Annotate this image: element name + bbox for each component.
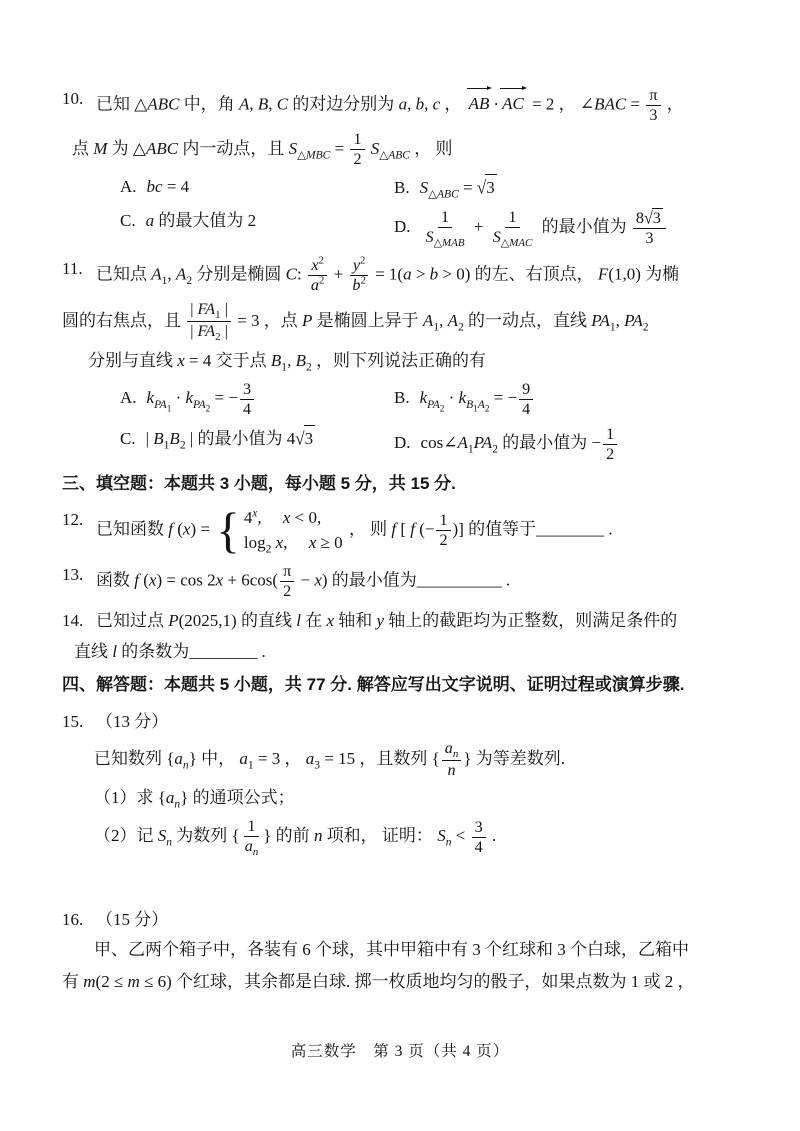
q16-number: 16. <box>62 907 96 933</box>
q10-option-a: A.bc = 4 <box>120 174 394 200</box>
q11-options-row2: C.| B1B2 | 的最小值为 4√3 D.cos∠A1PA2 的最小值为 −… <box>120 425 762 464</box>
q13-stem-text: 函数 f (x) = cos 2x + 6cos(π2 − x) 的最小值为__… <box>96 562 510 601</box>
q14-stem-text1: 已知过点 P(2025,1) 的直线 l 在 x 轴和 y 轴上的截距均为正整数… <box>96 608 677 634</box>
q13-stem: 13. 函数 f (x) = cos 2x + 6cos(π2 − x) 的最小… <box>62 562 762 601</box>
q10-stem-line2: 点 M 为 △ABC 内一动点，且 S△MBC = 12 S△ABC ， 则 <box>72 130 762 169</box>
q11-stem-line2: 圆的右焦点，且 | FA1 || FA2 | = 3 ，点 P 是椭圆上异于 A… <box>62 300 762 343</box>
option-text: 1S△MAB + 1S△MAC 的最小值为 8√33 <box>421 217 668 236</box>
option-text: S△ABC = √3 <box>420 178 497 197</box>
q15-intro-text: 已知数列 {an} 中， a1 = 3 ， a3 = 15 ，且数列 {ann}… <box>94 749 565 768</box>
q11-option-d: D.cos∠A1PA2 的最小值为 −12 <box>394 425 619 464</box>
q10-option-c: C.a 的最大值为 2 <box>120 208 394 234</box>
option-text: kPA1 · kPA2 = −34 <box>147 388 257 407</box>
q11-stem-line3: 分别与直线 x = 4 交于点 B1, B2 ，则下列说法正确的有 <box>88 348 762 374</box>
q16-line1: 甲、乙两个箱子中，各装有 6 个球，其中甲箱中有 3 个红球和 3 个白球，乙箱… <box>94 937 762 963</box>
q11-option-b: B.kPA2 · kB1A2 = −94 <box>394 380 535 419</box>
q15-part1: （1）求 {an} 的通项公式； <box>94 785 762 811</box>
q10-stem-text1: 已知 △ABC 中，角 A, B, C 的对边分别为 a, b, c ， AB·… <box>96 86 684 125</box>
q15-intro: 已知数列 {an} 中， a1 = 3 ， a3 = 15 ，且数列 {ann}… <box>94 739 762 780</box>
q11-option-c: C.| B1B2 | 的最小值为 4√3 <box>120 425 394 452</box>
option-text: bc = 4 <box>147 177 190 196</box>
q12-number: 12. <box>62 507 96 533</box>
q11-stem-text3: 分别与直线 x = 4 交于点 B1, B2 ，则下列说法正确的有 <box>88 351 486 370</box>
q14-stem-line1: 14. 已知过点 P(2025,1) 的直线 l 在 x 轴和 y 轴上的截距均… <box>62 608 762 634</box>
q10-number: 10. <box>62 86 96 112</box>
q13-number: 13. <box>62 562 96 588</box>
q10-option-d: D.1S△MAB + 1S△MAC 的最小值为 8√33 <box>394 208 668 249</box>
q10-option-b: B.S△ABC = √3 <box>394 174 497 201</box>
question-16: 16. （15 分） 甲、乙两个箱子中，各装有 6 个球，其中甲箱中有 3 个红… <box>62 907 762 995</box>
section-3-heading: 三、填空题：本题共 3 小题，每小题 5 分，共 15 分. <box>62 471 762 497</box>
option-label: C. <box>120 211 136 230</box>
q11-stem-text1: 已知点 A1, A2 分别是椭圆 C: x2a2 + y2b2 = 1(a > … <box>96 256 679 295</box>
q10-stem-line1: 10. 已知 △ABC 中，角 A, B, C 的对边分别为 a, b, c ，… <box>62 86 762 125</box>
q10-options-row2: C.a 的最大值为 2 D.1S△MAB + 1S△MAC 的最小值为 8√33 <box>120 208 762 249</box>
q14-stem-line2: 直线 l 的条数为________ . <box>74 639 762 665</box>
q11-option-a: A.kPA1 · kPA2 = −34 <box>120 380 394 419</box>
option-text: a 的最大值为 2 <box>146 211 257 230</box>
option-label: C. <box>120 429 136 448</box>
q16-text1: 甲、乙两个箱子中，各装有 6 个球，其中甲箱中有 3 个红球和 3 个白球，乙箱… <box>94 940 689 959</box>
q15-number: 15. <box>62 709 96 735</box>
option-label: D. <box>394 433 411 452</box>
spacer <box>62 865 762 907</box>
q10-options-row1: A.bc = 4 B.S△ABC = √3 <box>120 174 762 201</box>
question-11: 11. 已知点 A1, A2 分别是椭圆 C: x2a2 + y2b2 = 1(… <box>62 256 762 464</box>
question-12: 12. 已知函数 f (x) = {4x, x < 0,log2 x, x ≥ … <box>62 507 762 554</box>
q11-stem-line1: 11. 已知点 A1, A2 分别是椭圆 C: x2a2 + y2b2 = 1(… <box>62 256 762 295</box>
section-4-heading: 四、解答题：本题共 5 小题，共 77 分. 解答应写出文字说明、证明过程或演算… <box>62 672 762 698</box>
q15-score: （13 分） <box>96 709 168 735</box>
q16-line2: 有 m(2 ≤ m ≤ 6) 个红球，其余都是白球. 掷一枚质地均匀的骰子，如果… <box>62 969 762 995</box>
option-label: B. <box>394 178 410 197</box>
q11-options-row1: A.kPA1 · kPA2 = −34 B.kPA2 · kB1A2 = −94 <box>120 380 762 419</box>
q14-number: 14. <box>62 608 96 634</box>
option-text: cos∠A1PA2 的最小值为 −12 <box>421 433 620 452</box>
option-label: A. <box>120 388 137 407</box>
q16-text2: 有 m(2 ≤ m ≤ 6) 个红球，其余都是白球. 掷一枚质地均匀的骰子，如果… <box>62 972 695 991</box>
q15-part2: （2）记 Sn 为数列 {1an} 的前 n 项和， 证明： Sn < 34 . <box>94 817 762 858</box>
question-14: 14. 已知过点 P(2025,1) 的直线 l 在 x 轴和 y 轴上的截距均… <box>62 608 762 666</box>
q15-part1-text: （1）求 {an} 的通项公式； <box>94 788 295 807</box>
q16-header: 16. （15 分） <box>62 907 762 933</box>
q12-stem-text: 已知函数 f (x) = {4x, x < 0,log2 x, x ≥ 0 ， … <box>96 507 613 554</box>
exam-page: 10. 已知 △ABC 中，角 A, B, C 的对边分别为 a, b, c ，… <box>0 0 800 1131</box>
q15-part2-text: （2）记 Sn 为数列 {1an} 的前 n 项和， 证明： Sn < 34 . <box>94 826 496 845</box>
option-text: | B1B2 | 的最小值为 4√3 <box>146 429 316 448</box>
option-text: kPA2 · kB1A2 = −94 <box>420 388 536 407</box>
option-label: A. <box>120 177 137 196</box>
q15-header: 15. （13 分） <box>62 709 762 735</box>
question-15: 15. （13 分） 已知数列 {an} 中， a1 = 3 ， a3 = 15… <box>62 709 762 858</box>
q11-number: 11. <box>62 256 96 282</box>
q11-stem-text2: 圆的右焦点，且 | FA1 || FA2 | = 3 ，点 P 是椭圆上异于 A… <box>62 311 648 330</box>
q16-score: （15 分） <box>96 907 168 933</box>
question-10: 10. 已知 △ABC 中，角 A, B, C 的对边分别为 a, b, c ，… <box>62 86 762 249</box>
q12-stem: 12. 已知函数 f (x) = {4x, x < 0,log2 x, x ≥ … <box>62 507 762 554</box>
question-13: 13. 函数 f (x) = cos 2x + 6cos(π2 − x) 的最小… <box>62 562 762 601</box>
option-label: D. <box>394 217 411 236</box>
page-footer: 高三数学 第 3 页（共 4 页） <box>0 1040 800 1064</box>
q10-stem-text2: 点 M 为 △ABC 内一动点，且 S△MBC = 12 S△ABC ， 则 <box>72 139 453 158</box>
option-label: B. <box>394 388 410 407</box>
q14-stem-text2: 直线 l 的条数为________ . <box>74 642 266 661</box>
